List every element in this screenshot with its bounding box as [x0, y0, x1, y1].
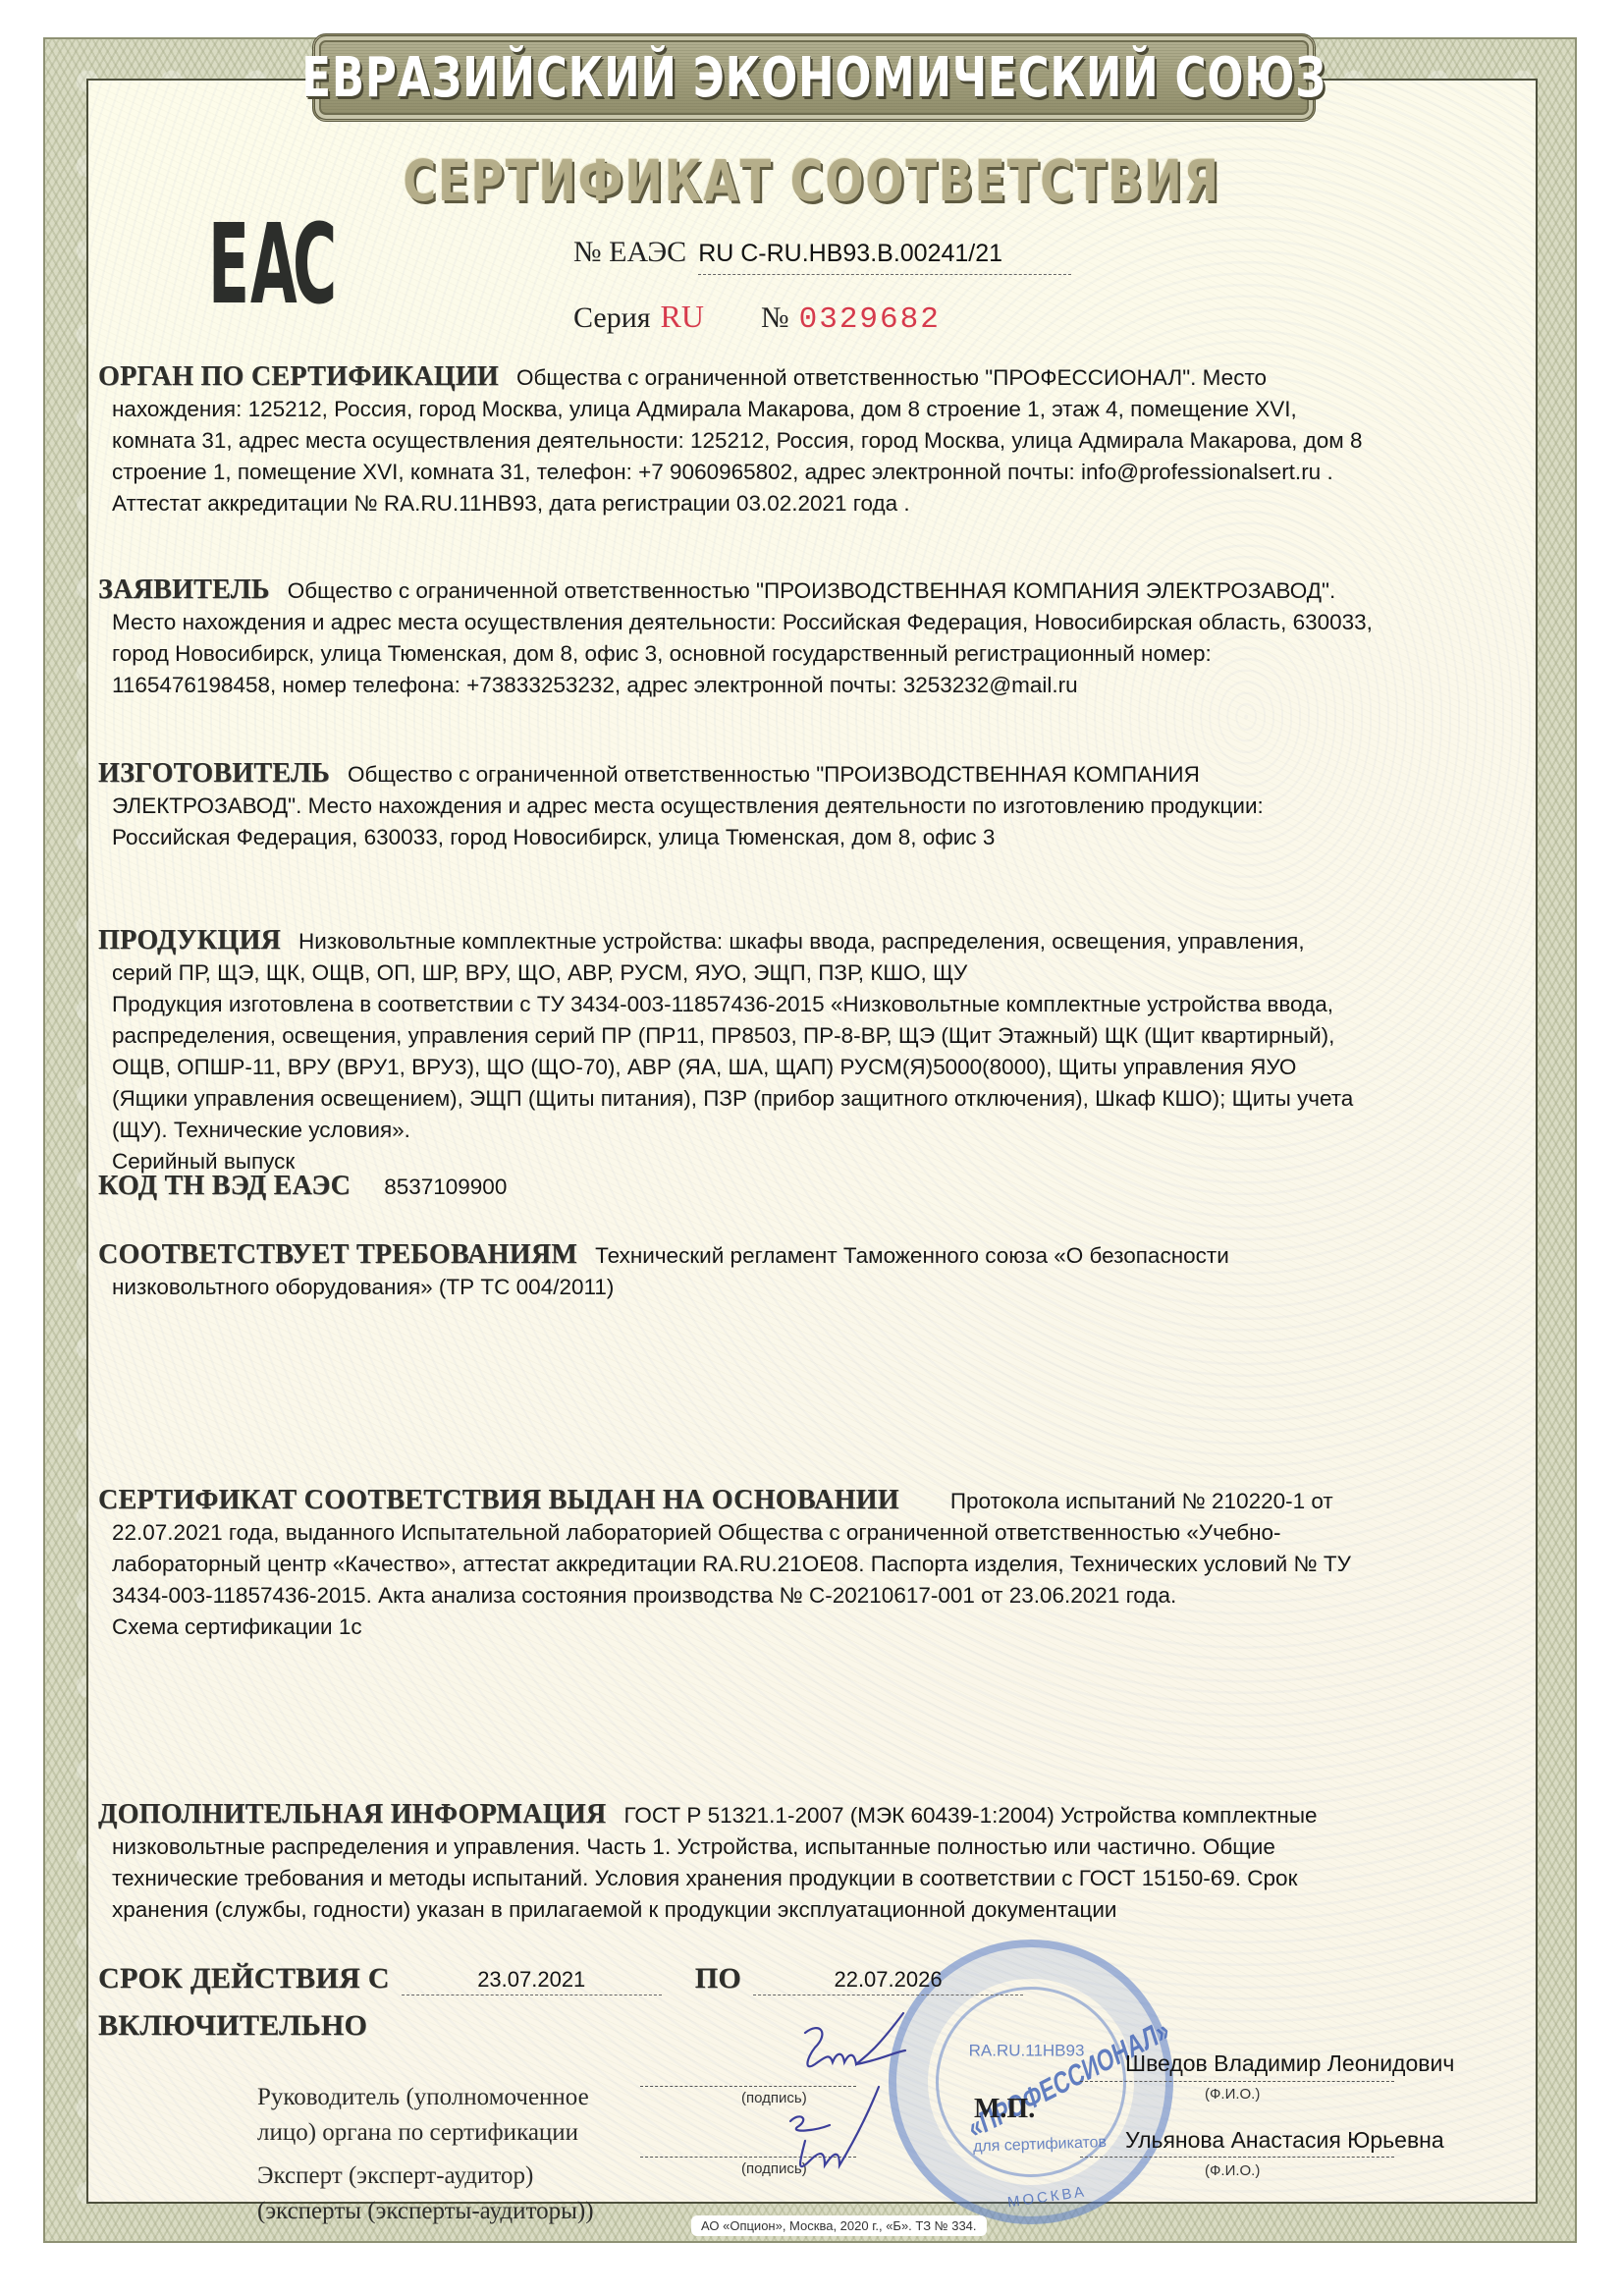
section-text: нахождения: 125212, Россия, город Москва…: [98, 394, 1512, 425]
section-text: технические требования и методы испытани…: [98, 1863, 1512, 1894]
section-product: ПРОДУКЦИЯНизковольтные комплектные устро…: [98, 925, 1512, 1177]
head-signatory-label: Руководитель (уполномоченное лицо) орган…: [257, 2080, 589, 2151]
printer-imprint: АО «Опцион», Москва, 2020 г., «Б». ТЗ № …: [691, 2215, 987, 2236]
section-hs-code: КОД ТН ВЭД ЕАЭС8537109900: [98, 1171, 1512, 1203]
fio-caption: (Ф.И.О.): [1205, 2086, 1260, 2103]
section-text: Протокола испытаний № 210220-1 от: [950, 1489, 1333, 1513]
section-text: строение 1, помещение XVI, комната 31, т…: [98, 457, 1512, 488]
section-text: (Ящики управления освещением), ЭЩП (Щиты…: [98, 1083, 1512, 1115]
section-text: лабораторный центр «Качество», аттестат …: [98, 1549, 1512, 1580]
fio-caption: (Ф.И.О.): [1205, 2162, 1260, 2179]
eaes-number-row: № ЕАЭС RU C-RU.HB93.B.00241/21: [573, 236, 1071, 275]
section-heading: СЕРТИФИКАТ СООТВЕТСТВИЯ ВЫДАН НА ОСНОВАН…: [98, 1485, 899, 1515]
eac-logo-icon: Е А С: [208, 211, 302, 319]
section-heading: ДОПОЛНИТЕЛЬНАЯ ИНФОРМАЦИЯ: [98, 1799, 606, 1830]
validity-from-date: 23.07.2021: [402, 1967, 662, 1995]
section-text: ЭЛЕКТРОЗАВОД". Место нахождения и адрес …: [98, 791, 1512, 822]
section-text: Общество с ограниченной ответственностью…: [288, 578, 1336, 603]
section-text: ОЩВ, ОПШР-11, ВРУ (ВРУ1, ВРУ3), ЩО (ЩО-7…: [98, 1052, 1512, 1083]
series-row: Серия RU № 0329682: [573, 299, 941, 337]
head-name-line: [1080, 2081, 1394, 2082]
section-text: 1165476198458, номер телефона: +73833253…: [98, 670, 1512, 701]
section-text: 3434-003-11857436-2015. Акта анализа сос…: [98, 1580, 1512, 1612]
section-heading: ПРОДУКЦИЯ: [98, 925, 281, 956]
section-conforms-to: СООТВЕТСТВУЕТ ТРЕБОВАНИЯМТехнический рег…: [98, 1239, 1512, 1303]
section-applicant: ЗАЯВИТЕЛЬОбщество с ограниченной ответст…: [98, 574, 1512, 701]
section-heading: ОРГАН ПО СЕРТИФИКАЦИИ: [98, 361, 499, 392]
section-text: Схема сертификации 1с: [98, 1612, 1512, 1643]
section-text: низковольтные распределения и управления…: [98, 1831, 1512, 1863]
form-number: 0329682: [799, 302, 941, 337]
eac-logo-letter: С: [293, 211, 312, 319]
section-heading: ЗАЯВИТЕЛЬ: [98, 574, 270, 605]
union-banner: ЕВРАЗИЙСКИЙ ЭКОНОМИЧЕСКИЙ СОЮЗ: [312, 33, 1316, 122]
expert-signature-icon: [776, 2082, 893, 2190]
section-certification-body: ОРГАН ПО СЕРТИФИКАЦИИОбщества с ограниче…: [98, 361, 1512, 519]
series-label: Серия: [573, 301, 651, 335]
eac-logo-letter: А: [250, 211, 270, 319]
section-text: 22.07.2021 года, выданного Испытательной…: [98, 1517, 1512, 1549]
hs-code-value: 8537109900: [384, 1175, 507, 1199]
head-name: Шведов Владимир Леонидович: [1125, 2050, 1454, 2077]
validity-from-label: СРОК ДЕЙСТВИЯ С: [98, 1962, 390, 1995]
section-heading: ИЗГОТОВИТЕЛЬ: [98, 758, 330, 789]
section-text: город Новосибирск, улица Тюменская, дом …: [98, 638, 1512, 670]
eaes-number: RU C-RU.HB93.B.00241/21: [698, 240, 1071, 275]
section-manufacturer: ИЗГОТОВИТЕЛЬОбщество с ограниченной отве…: [98, 758, 1512, 853]
section-heading: КОД ТН ВЭД ЕАЭС: [98, 1171, 351, 1201]
section-text: Общество с ограниченной ответственностью…: [348, 762, 1200, 787]
section-text: низковольтного оборудования» (ТР ТС 004/…: [98, 1272, 1512, 1303]
section-text: серий ПР, ЩЭ, ЩК, ОЩВ, ОП, ШР, ВРУ, ЩО, …: [98, 957, 1512, 989]
validity-to-date: 22.07.2026: [753, 1967, 1023, 1995]
section-text: распределения, освещения, управления сер…: [98, 1020, 1512, 1052]
section-text: Общества с ограниченной ответственностью…: [516, 365, 1267, 390]
section-text: Место нахождения и адрес места осуществл…: [98, 607, 1512, 638]
section-text: Российская Федерация, 630033, город Ново…: [98, 822, 1512, 853]
section-text: (ЩУ). Технические условия».: [98, 1115, 1512, 1146]
section-text: хранения (службы, годности) указан в при…: [98, 1894, 1512, 1926]
union-name: ЕВРАЗИЙСКИЙ ЭКОНОМИЧЕСКИЙ СОЮЗ: [301, 46, 1326, 110]
section-text: Низковольтные комплектные устройства: шк…: [298, 929, 1305, 954]
section-additional-info: ДОПОЛНИТЕЛЬНАЯ ИНФОРМАЦИЯГОСТ Р 51321.1-…: [98, 1799, 1512, 1926]
expert-name: Ульянова Анастасия Юрьевна: [1125, 2127, 1444, 2154]
validity-to-label: ПО: [695, 1962, 741, 1995]
eaes-label: № ЕАЭС: [573, 236, 686, 269]
section-text: Продукция изготовлена в соответствии с Т…: [98, 989, 1512, 1020]
section-issued-basis: СЕРТИФИКАТ СООТВЕТСТВИЯ ВЫДАН НА ОСНОВАН…: [98, 1485, 1512, 1643]
series-code: RU: [661, 299, 704, 335]
expert-signatory-label: Эксперт (эксперт-аудитор) (эксперты (экс…: [257, 2159, 594, 2229]
eac-logo-letter: Е: [208, 211, 228, 319]
section-text: ГОСТ Р 51321.1-2007 (МЭК 60439-1:2004) У…: [623, 1803, 1317, 1828]
section-text: комната 31, адрес места осуществления де…: [98, 425, 1512, 457]
document-title: СЕРТИФИКАТ СООТВЕТСТВИЯ: [162, 147, 1460, 214]
expert-name-line: [1080, 2157, 1394, 2158]
section-text: Технический регламент Таможенного союза …: [595, 1243, 1229, 1268]
seal-place-label: М.П.: [974, 2094, 1035, 2125]
form-number-label: №: [761, 301, 789, 335]
section-text: Аттестат аккредитации № RA.RU.11HB93, да…: [98, 488, 1512, 519]
section-heading: СООТВЕТСТВУЕТ ТРЕБОВАНИЯМ: [98, 1239, 577, 1270]
